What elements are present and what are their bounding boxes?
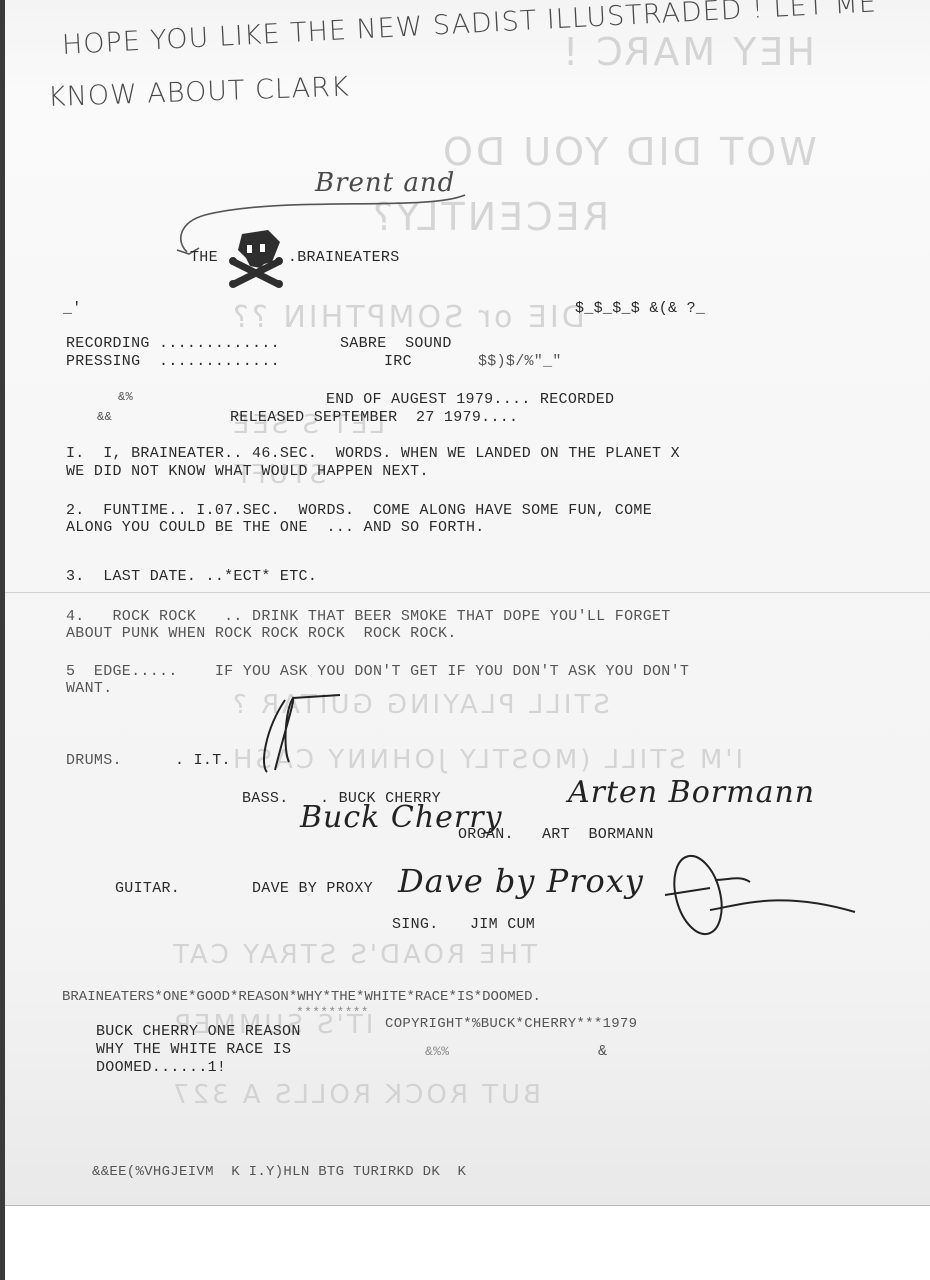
member-role-guitar: GUITAR. xyxy=(115,880,180,898)
track-2-line1: 2. FUNTIME.. I.07.SEC. WORDS. COME ALONG… xyxy=(66,502,652,520)
footer-title-line3: DOOMED......1! xyxy=(96,1059,226,1077)
released-date: RELEASED SEPTEMBER 27 1979.... xyxy=(230,409,518,427)
show-through-text: THE ROAD'S STRAY CAT xyxy=(170,940,537,970)
track-2-line2: ALONG YOU COULD BE THE ONE ... AND SO FO… xyxy=(66,519,485,537)
member-name-organ: ART BORMANN xyxy=(542,826,654,844)
band-header: THE .BRAINEATERS xyxy=(190,228,400,288)
recording-label: RECORDING ............. xyxy=(66,335,280,353)
stray-mark: && xyxy=(97,408,112,426)
footer-copyright: COPYRIGHT*%BUCK*CHERRY***1979 xyxy=(385,1015,637,1033)
track-1-line2: WE DID NOT KNOW WHAT WOULD HAPPEN NEXT. xyxy=(66,463,429,481)
show-through-text: HEY MARC ! xyxy=(560,30,815,74)
stray-mark: & xyxy=(598,1043,607,1061)
stray-mark: $$)$/%"_" xyxy=(478,353,562,371)
paper-fold-line xyxy=(5,592,930,593)
track-4-line2: ABOUT PUNK WHEN ROCK ROCK ROCK ROCK ROCK… xyxy=(66,625,457,643)
member-role-drums: DRUMS. xyxy=(66,752,122,770)
member-name-drums: . I.T. xyxy=(175,752,231,770)
member-role-organ: ORGAN. xyxy=(458,826,514,844)
show-through-text: BUT ROCK ROLLS A 327 xyxy=(170,1080,541,1110)
footer-stars: ********* xyxy=(296,1004,369,1022)
member-name-guitar: DAVE BY PROXY xyxy=(252,880,373,898)
header-band-name: .BRAINEATERS xyxy=(288,249,400,267)
track-5-line2: WANT. xyxy=(66,680,113,698)
stray-mark: &%% xyxy=(425,1043,449,1061)
pressing-label: PRESSING ............. xyxy=(66,353,280,371)
organ-signature: Arten Bormann xyxy=(568,775,815,810)
stray-mark: $_$_$_$ &(& ?_ xyxy=(575,300,705,318)
track-4-line1: 4. ROCK ROCK .. DRINK THAT BEER SMOKE TH… xyxy=(66,608,671,626)
skull-and-crossbones-icon xyxy=(228,228,286,288)
stray-mark: &% xyxy=(118,388,133,406)
track-5-line1: 5 EDGE..... IF YOU ASK YOU DON'T GET IF … xyxy=(66,663,689,681)
drums-signature-icon xyxy=(255,690,345,780)
track-1-line1: I. I, BRAINEATER.. 46.SEC. WORDS. WHEN W… xyxy=(66,445,680,463)
track-3-line1: 3. LAST DATE. ..*ECT* ETC. xyxy=(66,568,317,586)
footer-garbled-line: &&EE(%VHGJEIVM K I.Y)HLN BTG TURIRKD DK … xyxy=(92,1163,466,1181)
stray-mark: _' xyxy=(63,300,82,318)
recorded-date: END OF AUGEST 1979.... RECORDED xyxy=(326,391,614,409)
member-role-singer: SING. xyxy=(392,916,439,934)
show-through-text: DIE or SOMPTHIN ?? xyxy=(230,300,585,335)
show-through-text: WOT DID YOU DO xyxy=(440,130,817,174)
pressing-value: IRC xyxy=(384,353,412,371)
guitar-signature: Dave by Proxy xyxy=(398,862,644,900)
footer-title-line1: BUCK CHERRY ONE REASON xyxy=(96,1023,301,1041)
singer-signature-icon xyxy=(660,850,870,950)
footer-title-line2: WHY THE WHITE RACE IS xyxy=(96,1041,291,1059)
header-the: THE xyxy=(190,249,218,267)
member-role-bass: BASS. xyxy=(242,790,289,808)
member-name-singer: JIM CUM xyxy=(470,916,535,934)
recording-value: SABRE SOUND xyxy=(340,335,452,353)
